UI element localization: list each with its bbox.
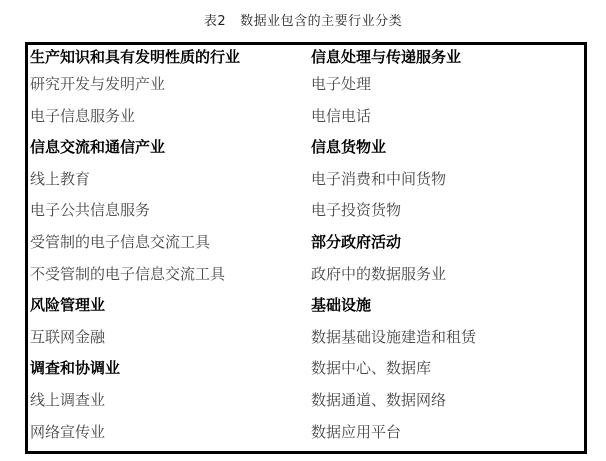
list-item: 线上教育: [30, 164, 300, 196]
list-item: 数据通道、数据网络: [311, 385, 581, 417]
category-heading: 部分政府活动: [311, 227, 581, 259]
list-item: 数据应用平台: [311, 417, 581, 449]
list-item: 网络宣传业: [30, 417, 300, 449]
list-item: 政府中的数据服务业: [311, 259, 581, 291]
list-item: 受管制的电子信息交流工具: [30, 227, 300, 259]
category-heading: 基础设施: [311, 290, 581, 322]
list-item: 数据基础设施建造和租赁: [311, 322, 581, 354]
category-heading: 信息交流和通信产业: [30, 132, 300, 164]
list-item: 数据中心、数据库: [311, 353, 581, 385]
list-item: 电子处理: [311, 69, 581, 101]
left-column: 生产知识和具有发明性质的行业 研究开发与发明产业 电子信息服务业 信息交流和通信…: [30, 45, 300, 448]
list-item: 互联网金融: [30, 322, 300, 354]
category-heading: 调查和协调业: [30, 353, 300, 385]
list-item: 不受管制的电子信息交流工具: [30, 259, 300, 291]
list-item: 电子消费和中间货物: [311, 164, 581, 196]
right-column: 信息处理与传递服务业 电子处理 电信电话 信息货物业 电子消费和中间货物 电子投…: [311, 45, 581, 448]
table-title: 数据业包含的主要行业分类: [240, 14, 402, 29]
list-item: 研究开发与发明产业: [30, 69, 300, 101]
list-item: 电子公共信息服务: [30, 195, 300, 227]
table-number: 表2: [204, 14, 226, 29]
table-caption: 表2数据业包含的主要行业分类: [0, 10, 606, 29]
category-heading: 风险管理业: [30, 290, 300, 322]
category-heading: 信息货物业: [311, 132, 581, 164]
industry-classification-table: 生产知识和具有发明性质的行业 研究开发与发明产业 电子信息服务业 信息交流和通信…: [25, 42, 587, 454]
list-item: 电信电话: [311, 101, 581, 133]
list-item: 电子投资货物: [311, 195, 581, 227]
list-item: 线上调查业: [30, 385, 300, 417]
list-item: 电子信息服务业: [30, 101, 300, 133]
category-heading: 生产知识和具有发明性质的行业: [30, 45, 300, 69]
category-heading: 信息处理与传递服务业: [311, 45, 581, 69]
